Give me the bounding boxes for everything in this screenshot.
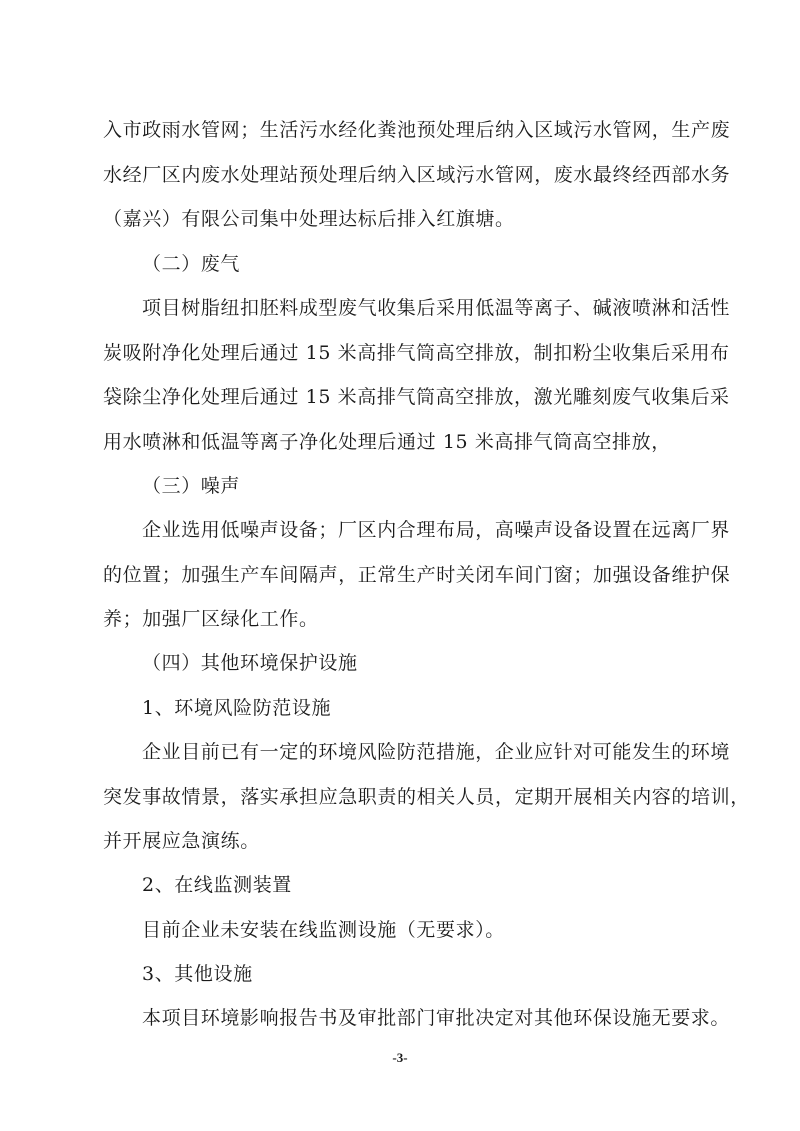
page-number: -3- (0, 1050, 800, 1066)
paragraph-line: 的位置；加强生产车间隔声，正常生产时关闭车间门窗；加强设备维护保 (103, 563, 713, 587)
paragraph-line: 本项目环境影响报告书及审批部门审批决定对其他环保设施无要求。 (142, 1006, 752, 1030)
paragraph-line: 养；加强厂区绿化工作。 (103, 607, 713, 631)
subheading-risk-prevention: 1、环境风险防范设施 (142, 696, 752, 720)
section-heading-other-facilities: （四）其他环境保护设施 (142, 651, 752, 675)
section-heading-waste-gas: （二）废气 (142, 252, 752, 276)
paragraph-line: （嘉兴）有限公司集中处理达标后排入红旗塘。 (103, 207, 713, 231)
paragraph-line: 水经厂区内废水处理站预处理后纳入区域污水管网，废水最终经西部水务 (103, 163, 713, 187)
paragraph-line: 目前企业未安装在线监测设施（无要求）。 (142, 918, 752, 942)
paragraph-line: 突发事故情景，落实承担应急职责的相关人员，定期开展相关内容的培训， (103, 785, 713, 809)
paragraph-line: 入市政雨水管网；生活污水经化粪池预处理后纳入区域污水管网，生产废 (103, 118, 713, 142)
section-heading-noise: （三）噪声 (142, 474, 752, 498)
paragraph-line: 企业目前已有一定的环境风险防范措施，企业应针对可能发生的环境 (142, 740, 752, 764)
paragraph-line: 并开展应急演练。 (103, 829, 713, 853)
subheading-other-facilities: 3、其他设施 (142, 962, 752, 986)
paragraph-line: 袋除尘净化处理后通过 15 米高排气筒高空排放，激光雕刻废气收集后采 (103, 385, 713, 409)
subheading-online-monitoring: 2、在线监测装置 (142, 873, 752, 897)
paragraph-line: 企业选用低噪声设备；厂区内合理布局，高噪声设备设置在远离厂界 (142, 518, 752, 542)
document-page: 入市政雨水管网；生活污水经化粪池预处理后纳入区域污水管网，生产废 水经厂区内废水… (0, 0, 800, 1131)
paragraph-line: 炭吸附净化处理后通过 15 米高排气筒高空排放，制扣粉尘收集后采用布 (103, 341, 713, 365)
paragraph-line: 用水喷淋和低温等离子净化处理后通过 15 米高排气筒高空排放， (103, 430, 713, 454)
paragraph-line: 项目树脂纽扣胚料成型废气收集后采用低温等离子、碱液喷淋和活性 (142, 296, 752, 320)
